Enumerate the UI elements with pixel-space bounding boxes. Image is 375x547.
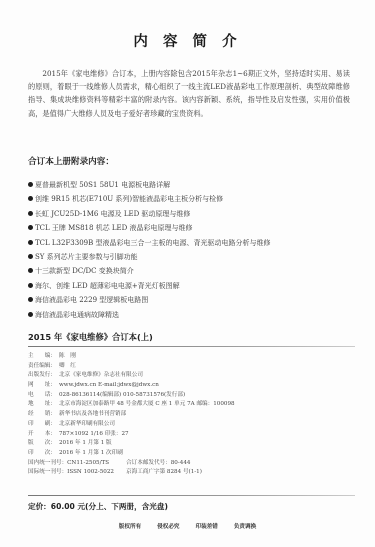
imprint-value: www.jdwx.cn E-mail:jdwx@jdwx.cn bbox=[59, 382, 159, 388]
list-item: 夏普最新机型 50S1 58U1 电源板电路详解 bbox=[28, 178, 348, 192]
appendix-list: 夏普最新机型 50S1 58U1 电源板电路详解 创维 9R15 机芯(E710… bbox=[28, 178, 348, 322]
imprint-value: 北京新华印刷有限公司 bbox=[59, 421, 115, 427]
imprint-row-phone: 电 话：028-86136114(编辑部) 010-58731576(发行部) bbox=[28, 391, 358, 401]
price-line: 定价：60.00 元(分上、下两册，含光盘) bbox=[28, 501, 168, 512]
list-item: 海信液晶彩电 2229 型逻辑板电路图 bbox=[28, 293, 348, 307]
list-item: 海尔、创维 LED 超薄彩电电源+背光灯板图解 bbox=[28, 279, 348, 293]
list-item-label: TCL 王牌 MS818 机芯 LED 液晶彩电原理与维修 bbox=[35, 224, 193, 232]
bullet-icon bbox=[28, 312, 33, 317]
imprint-left-value: 国内统一刊号：CN11-2505/TS bbox=[28, 460, 109, 466]
list-item-label: TCL L32F3309B 型液晶彩电三合一主板的电源、背光驱动电路分析与维修 bbox=[35, 239, 271, 247]
rights-footer: 版权所有 侵权必究 印装差错 负责调换 bbox=[0, 522, 375, 530]
imprint-row-editor-in-chief: 主 编：陈 刚 bbox=[28, 352, 358, 362]
list-item-label: SY 系列芯片主要参数与引脚功能 bbox=[35, 253, 138, 261]
bullet-icon bbox=[28, 225, 33, 230]
bullet-icon bbox=[28, 254, 33, 259]
imprint-row-issn: 国际统一刊号：ISSN 1002-5022京海工商广字第 8284 号(1-1) bbox=[28, 468, 358, 478]
imprint-block: 主 编：陈 刚 责任编辑：卿 红 出版发行：北京《家电维修》杂志社有限公司 网 … bbox=[28, 352, 358, 478]
intro-paragraph: 2015年《家电维修》合订本，上册内容除包含2015年杂志1~6期正文外，坚持适… bbox=[28, 67, 350, 120]
imprint-label: 出版发行： bbox=[28, 371, 59, 381]
imprint-row-responsible-editor: 责任编辑：卿 红 bbox=[28, 362, 358, 372]
imprint-row-printer: 印 刷：北京新华印刷有限公司 bbox=[28, 420, 358, 430]
list-item: SY 系列芯片主要参数与引脚功能 bbox=[28, 250, 348, 264]
divider bbox=[28, 495, 355, 496]
list-item: TCL 王牌 MS818 机芯 LED 液晶彩电原理与维修 bbox=[28, 221, 348, 235]
copyright-page: 内 容 简 介 2015年《家电维修》合订本，上册内容除包含2015年杂志1~6… bbox=[0, 0, 375, 547]
imprint-label: 印 刷： bbox=[28, 420, 59, 430]
bullet-icon bbox=[28, 268, 33, 273]
imprint-right-value: 合订本邮发代号：80-444 bbox=[126, 459, 190, 469]
imprint-label: 主 编： bbox=[28, 352, 59, 362]
imprint-row-address: 地 址：北京市海淀区加泰路甲 48 号金都大厦 C 座 1 单元 7A 邮编：1… bbox=[28, 400, 358, 410]
list-item-label: 海信液晶彩电 2229 型逻辑板电路图 bbox=[35, 296, 148, 304]
list-item-label: 夏普最新机型 50S1 58U1 电源板电路详解 bbox=[35, 181, 170, 189]
imprint-label: 经 销： bbox=[28, 410, 59, 420]
imprint-left-value: 国际统一刊号：ISSN 1002-5022 bbox=[28, 469, 114, 475]
imprint-value: 新华书店及各地书刊营销部 bbox=[59, 411, 126, 417]
footer-item: 印装差错 bbox=[195, 522, 217, 530]
imprint-row-printing: 印 次：2016 年 1 月第 1 次印刷 bbox=[28, 449, 358, 459]
imprint-row-publisher: 出版发行：北京《家电维修》杂志社有限公司 bbox=[28, 371, 358, 381]
imprint-value: 卿 红 bbox=[59, 363, 76, 369]
list-item-label: 海尔、创维 LED 超薄彩电电源+背光灯板图解 bbox=[35, 282, 180, 290]
imprint-row-distribution: 经 销：新华书店及各地书刊营销部 bbox=[28, 410, 358, 420]
imprint-label: 责任编辑： bbox=[28, 362, 59, 372]
bullet-icon bbox=[28, 196, 33, 201]
imprint-label: 电 话： bbox=[28, 391, 59, 401]
imprint-label: 版 次： bbox=[28, 439, 59, 449]
list-item-label: 创维 9R15 机芯(E710U 系列)智能液晶彩电主板分析与检修 bbox=[35, 195, 223, 203]
imprint-value: 787×1092 1/16 印张：27 bbox=[59, 431, 129, 437]
bullet-icon bbox=[28, 211, 33, 216]
footer-item: 负责调换 bbox=[234, 522, 256, 530]
book-title: 2015 年《家电维修》合订本(上) bbox=[28, 331, 153, 343]
imprint-label: 网 址： bbox=[28, 381, 59, 391]
list-item: 长虹 JCU25D-1M6 电源及 LED 驱动原理与维修 bbox=[28, 207, 348, 221]
appendix-heading: 合订本上册附录内容： bbox=[28, 155, 114, 167]
list-item: 创维 9R15 机芯(E710U 系列)智能液晶彩电主板分析与检修 bbox=[28, 192, 348, 206]
imprint-label: 地 址： bbox=[28, 400, 59, 410]
list-item-label: 十三款新型 DC/DC 变换块简介 bbox=[35, 267, 134, 275]
divider bbox=[28, 346, 355, 347]
footer-item: 侵权必究 bbox=[157, 522, 179, 530]
footer-item: 版权所有 bbox=[119, 522, 141, 530]
imprint-row-website: 网 址：www.jdwx.cn E-mail:jdwx@jdwx.cn bbox=[28, 381, 358, 391]
imprint-value: 2016 年 1 月第 1 次印刷 bbox=[59, 450, 123, 456]
list-item-label: 长虹 JCU25D-1M6 电源及 LED 驱动原理与维修 bbox=[35, 210, 190, 218]
bullet-icon bbox=[28, 182, 33, 187]
imprint-label: 印 次： bbox=[28, 449, 59, 459]
bullet-icon bbox=[28, 283, 33, 288]
list-item: TCL L32F3309B 型液晶彩电三合一主板的电源、背光驱动电路分析与维修 bbox=[28, 236, 348, 250]
list-item: 海信液晶彩电通病故障精选 bbox=[28, 308, 348, 322]
imprint-label: 开 本： bbox=[28, 430, 59, 440]
bullet-icon bbox=[28, 297, 33, 302]
imprint-value: 028-86136114(编辑部) 010-58731576(发行部) bbox=[59, 392, 185, 398]
imprint-row-edition: 版 次：2016 年 1 月第 1 版 bbox=[28, 439, 358, 449]
imprint-value: 2016 年 1 月第 1 版 bbox=[59, 440, 112, 446]
imprint-right-value: 京海工商广字第 8284 号(1-1) bbox=[126, 468, 202, 478]
bullet-icon bbox=[28, 240, 33, 245]
page-title: 内 容 简 介 bbox=[0, 30, 375, 51]
imprint-value: 北京市海淀区加泰路甲 48 号金都大厦 C 座 1 单元 7A 邮编：10009… bbox=[59, 401, 235, 407]
imprint-row-cn-number: 国内统一刊号：CN11-2505/TS合订本邮发代号：80-444 bbox=[28, 459, 358, 469]
imprint-value: 陈 刚 bbox=[59, 353, 76, 359]
list-item-label: 海信液晶彩电通病故障精选 bbox=[35, 311, 119, 319]
imprint-value: 北京《家电维修》杂志社有限公司 bbox=[59, 372, 143, 378]
imprint-row-format: 开 本：787×1092 1/16 印张：27 bbox=[28, 430, 358, 440]
list-item: 十三款新型 DC/DC 变换块简介 bbox=[28, 264, 348, 278]
